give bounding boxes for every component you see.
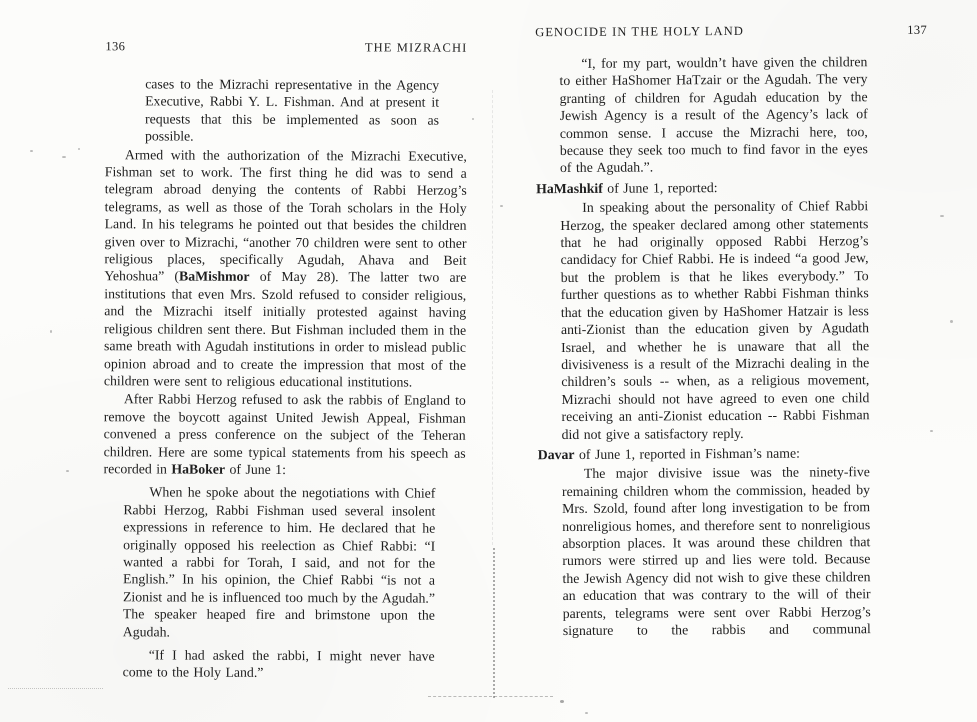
speech-quote-text: When he spoke about the negotiations wit…	[123, 485, 436, 639]
scan-speck	[66, 470, 69, 472]
closing-quote-text: “If I had asked the rabbi, I might never…	[123, 647, 435, 680]
davar-source-line: Davar of June 1, reported in Fishman’s n…	[538, 444, 930, 464]
scan-speck	[950, 320, 953, 323]
scan-speck	[78, 148, 80, 150]
quote-continuation-text: cases to the Mizrachi representative in …	[145, 76, 439, 143]
page-fold-line-upper	[492, 90, 493, 545]
fishman-quote-text: “I, for my part, wouldn’t have given the…	[559, 54, 868, 175]
scan-speck	[50, 330, 52, 333]
speech-quote-block: When he spoke about the negotiations wit…	[123, 484, 436, 642]
book-page-left: 136 THE MIZRACHI cases to the Mizrachi r…	[103, 39, 468, 682]
fishman-quote-block: “I, for my part, wouldn’t have given the…	[559, 53, 868, 177]
scan-speck	[560, 700, 564, 703]
bamishmor-citation: BaMishmor	[179, 269, 250, 284]
davar-report-block: The major divisive issue was the ninety-…	[562, 464, 871, 640]
scan-speck	[472, 118, 474, 120]
scan-speck	[8, 688, 103, 689]
running-header-right: GENOCIDE IN THE HOLY LAND	[535, 24, 744, 40]
running-header-left: THE MIZRACHI	[365, 40, 468, 55]
closing-quote-block: “If I had asked the rabbi, I might never…	[123, 646, 435, 682]
paragraph-armed: Armed with the authorization of the Mizr…	[104, 146, 467, 391]
hamashkif-report-block: In speaking about the personality of Chi…	[560, 197, 869, 443]
scan-speck	[62, 156, 66, 158]
scan-speck	[30, 150, 33, 152]
scan-speck	[585, 712, 588, 714]
paragraph-armed-text: Armed with the authorization of the Mizr…	[104, 147, 467, 284]
page-header-right: GENOCIDE IN THE HOLY LAND 137	[535, 23, 927, 40]
hamashkif-source-line: HaMashkif of June 1, reported:	[536, 178, 928, 198]
book-page-right: GENOCIDE IN THE HOLY LAND 137 “I, for my…	[535, 23, 931, 640]
scan-speck	[940, 215, 944, 217]
scan-speck	[428, 696, 553, 697]
page-number-right: 137	[907, 23, 927, 38]
scan-speck	[500, 205, 503, 207]
paragraph-armed-text-cont: of May 28). The latter two are instituti…	[104, 269, 467, 389]
scan-speck	[930, 430, 933, 432]
paragraph-after-herzog-text-cont: of June 1:	[225, 462, 286, 477]
davar-citation: Davar	[538, 447, 575, 462]
haboker-citation: HaBoker	[171, 461, 225, 476]
davar-report-text: The major divisive issue was the ninety-…	[562, 465, 871, 639]
page-number-left: 136	[105, 39, 125, 54]
davar-source-rest: of June 1, reported in Fishman’s name:	[575, 446, 801, 462]
quote-continuation-block: cases to the Mizrachi representative in …	[145, 75, 439, 146]
hamashkif-citation: HaMashkif	[536, 181, 603, 196]
hamashkif-report-text: In speaking about the personality of Chi…	[560, 198, 869, 441]
hamashkif-source-rest: of June 1, reported:	[603, 180, 718, 196]
paragraph-after-herzog: After Rabbi Herzog refused to ask the ra…	[103, 391, 465, 480]
page-fold-line-lower	[493, 548, 495, 698]
page-header-left: 136 THE MIZRACHI	[105, 39, 467, 56]
